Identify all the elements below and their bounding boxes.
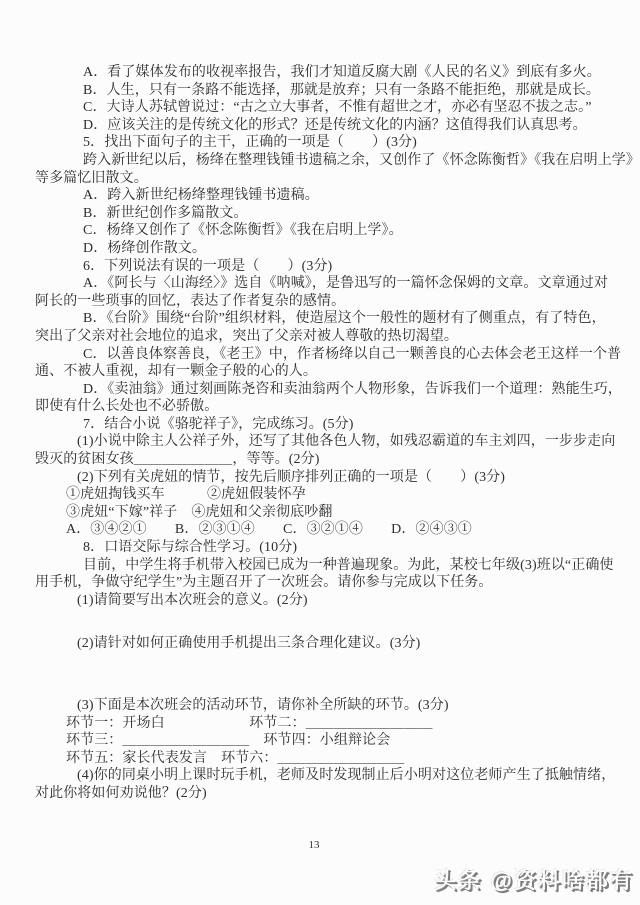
passage-line: 等多篇忆旧散文。 xyxy=(35,170,634,188)
answer-space xyxy=(35,609,634,635)
option-line: B．新世纪创作多篇散文。 xyxy=(35,205,634,223)
passage-line: 用手机，争做守纪学生”为主题召开了一次班会。请你参与完成以下任务。 xyxy=(35,574,634,592)
question-7-stem: 7．结合小说《骆驼祥子》，完成练习。(5分) xyxy=(35,416,634,434)
option-line-wrap: 即使有什么长处也不必骄傲。 xyxy=(35,398,634,416)
subquestion-line: (2)请针对如何正确使用手机提出三条合理化建议。(3分) xyxy=(35,635,634,653)
subquestion-line: (1)请简要写出本次班会的意义。(2分) xyxy=(35,592,634,610)
option-line-wrap: 阿长的一些琐事的回忆，表达了作者复杂的感情。 xyxy=(35,293,634,311)
option-line: A．看了媒体发布的收视率报告，我们才知道反腐大剧《人民的名义》到底有多火。 xyxy=(35,64,634,82)
subquestion-wrap: 对此你将如何劝说他？(2分) xyxy=(35,785,634,803)
question-5-stem: 5．找出下面句子的主干，正确的一项是（ ）(3分) xyxy=(35,134,634,152)
option-line: D．杨绛创作散文。 xyxy=(35,240,634,258)
answer-space xyxy=(35,653,634,697)
option-line: C．大诗人苏轼曾说过：“古之立大事者，不惟有超世之才，亦必有坚忍不拔之志。” xyxy=(35,99,634,117)
option-line-wrap: 通、不被人重视，却有一颗金子般的心的人。 xyxy=(35,363,634,381)
option-line: A．跨入新世纪杨绛整理钱锺书遗稿。 xyxy=(35,187,634,205)
numbered-item-line: ③虎妞“下嫁”祥子 ④虎妞和父亲彻底吵翻 xyxy=(35,504,634,522)
passage-line: 跨入新世纪以后，杨绛在整理钱锺书遗稿之余，又创作了《怀念陈衡哲》《我在启明上学》 xyxy=(35,152,634,170)
option-line: C．以善良体察善良，《老王》中，作者杨绛以自己一颗善良的心去体会老王这样一个普 xyxy=(35,346,634,364)
subquestion-line: (2)下列有关虎妞的情节，按先后顺序排列正确的一项是（ ）(3分) xyxy=(35,469,634,487)
numbered-item-line: ①虎妞掏钱买车 ②虎妞假装怀孕 xyxy=(35,486,634,504)
option-line-wrap: 突出了父亲对社会地位的追求，突出了父亲对被人尊敬的热切渴望。 xyxy=(35,328,634,346)
option-line: A．《阿长与〈山海经〉》选自《呐喊》，是鲁迅写的一篇怀念保姆的文章。文章通过对 xyxy=(35,275,634,293)
question-6-stem: 6．下列说法有误的一项是（ ）(3分) xyxy=(35,258,634,276)
question-8-stem: 8．口语交际与综合性学习。(10分) xyxy=(35,539,634,557)
passage-line: 目前，中学生将手机带入校园已成为一种普遍现象。为此，某校七年级(3)班以“正确使 xyxy=(35,557,634,575)
subquestion-line: (3)下面是本次班会的活动环节，请你补全所缺的环节。(3分) xyxy=(35,697,634,715)
option-line: C．杨绛又创作了《怀念陈衡哲》《我在启明上学》。 xyxy=(35,222,634,240)
blank-fill-line: 环节三：＿＿＿＿＿＿＿＿＿ 环节四：小组辩论会 xyxy=(35,732,634,750)
option-line: B．《台阶》围绕“台阶”组织材料，使造屋这个一般性的题材有了侧重点，有了特色， xyxy=(35,310,634,328)
blank-fill-line: 环节五：家长代表发言 环节六：＿＿＿＿＿＿＿＿＿ xyxy=(35,750,634,768)
page-number: 13 xyxy=(0,839,628,851)
option-line: B．人生，只有一条路不能选择，那就是放弃；只有一条路不能拒绝，那就是成长。 xyxy=(35,82,634,100)
exam-paper-page: A．看了媒体发布的收视率报告，我们才知道反腐大剧《人民的名义》到底有多火。 B．… xyxy=(0,0,640,905)
exam-content: A．看了媒体发布的收视率报告，我们才知道反腐大剧《人民的名义》到底有多火。 B．… xyxy=(35,64,634,803)
option-line: D．《卖油翁》通过刻画陈尧咨和卖油翁两个人物形象，告诉我们一个道理：熟能生巧， xyxy=(35,381,634,399)
subquestion-line: (1)小说中除主人公祥子外，还写了其他各色人物，如残忍霸道的车主刘四，一步步走向 xyxy=(35,433,634,451)
blank-fill-line: 环节一：开场白 环节二：＿＿＿＿＿＿＿＿＿ xyxy=(35,715,634,733)
watermark: 头条 @资料啥都有 xyxy=(434,864,634,895)
choices-line: A．③④②① B．②③①④ C．③②①④ D．②④③① xyxy=(35,521,634,539)
blank-fill-line: 毁灭的贫困女孩＿＿＿＿＿＿＿，等等。(2分) xyxy=(35,451,634,469)
subquestion-line: (4)你的同桌小明上课时玩手机，老师及时发现制止后小明对这位老师产生了抵触情绪， xyxy=(35,767,634,785)
option-line: D．应该关注的是传统文化的形式？还是传统文化的内涵？这值得我们认真思考。 xyxy=(35,117,634,135)
